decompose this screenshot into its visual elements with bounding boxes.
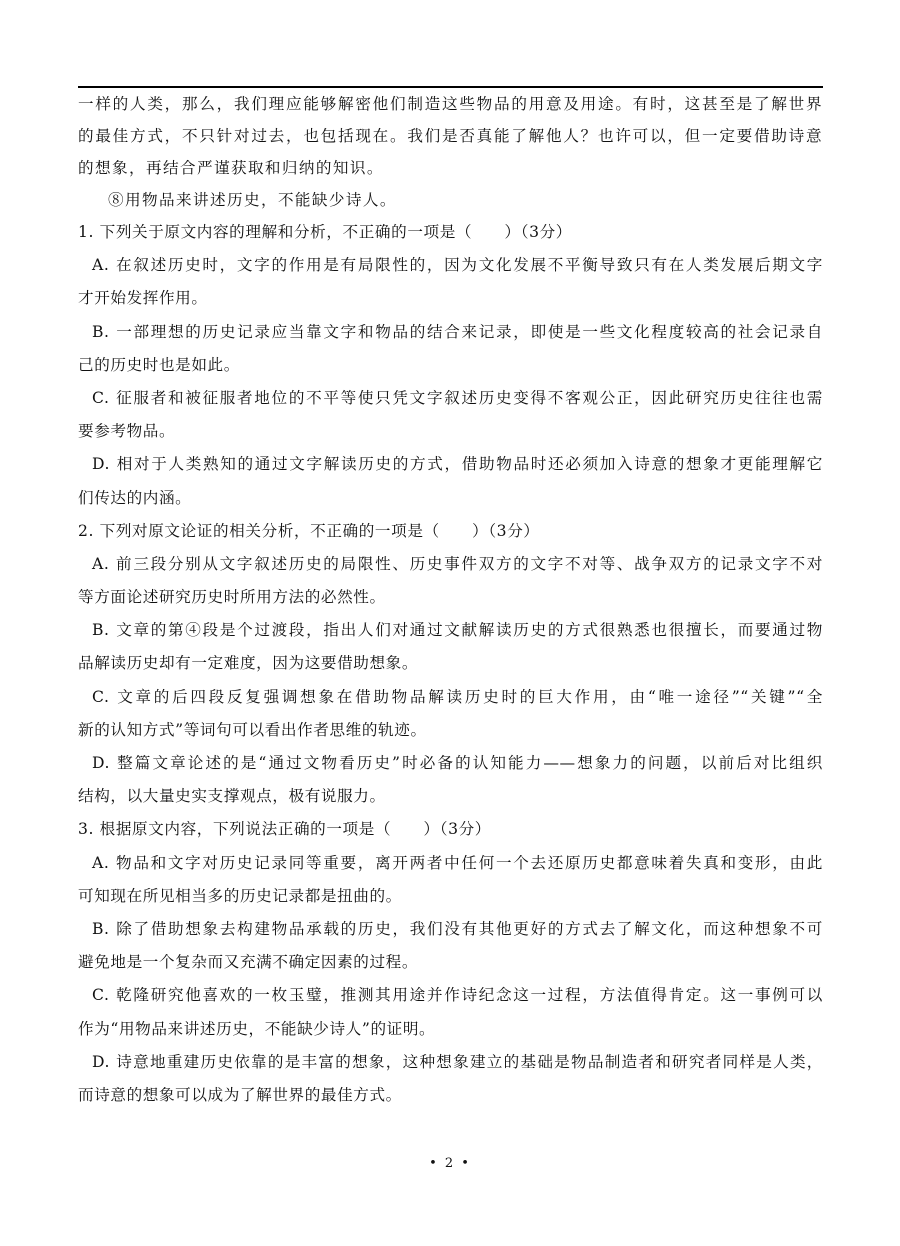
option-a: A. 物品和文字对历史记录同等重要，离开两者中任何一个去还原历史都意味着失真和变… bbox=[78, 847, 823, 880]
question-2: 2. 下列对原文论证的相关分析，不正确的一项是（ ）（3分） A. 前三段分别从… bbox=[78, 515, 823, 814]
option-b: B. 除了借助想象去构建物品承载的历史，我们没有其他更好的方式去了解文化，而这种… bbox=[78, 913, 823, 946]
option-a: A. 前三段分别从文字叙述历史的局限性、历史事件双方的文字不对等、战争双方的记录… bbox=[78, 548, 823, 581]
option-c-cont: 作为“用物品来讲述历史，不能缺少诗人”的证明。 bbox=[78, 1013, 823, 1046]
option-c: C. 文章的后四段反复强调想象在借助物品解读历史时的巨大作用，由“唯一途径”“关… bbox=[78, 681, 823, 714]
option-d: D. 相对于人类熟知的通过文字解读历史的方式，借助物品时还必须加入诗意的想象才更… bbox=[78, 448, 823, 481]
option-a-cont: 可知现在所见相当多的历史记录都是扭曲的。 bbox=[78, 880, 823, 913]
option-d: D. 整篇文章论述的是“通过文物看历史”时必备的认知能力——想象力的问题，以前后… bbox=[78, 747, 823, 780]
option-c: C. 征服者和被征服者地位的不平等使只凭文字叙述历史变得不客观公正，因此研究历史… bbox=[78, 382, 823, 415]
option-d-cont: 结构，以大量史实支撑观点，极有说服力。 bbox=[78, 780, 823, 813]
option-b: B. 一部理想的历史记录应当靠文字和物品的结合来记录，即使是一些文化程度较高的社… bbox=[78, 316, 823, 349]
passage-line: 的最佳方式，不只针对过去，也包括现在。我们是否真能了解他人？也许可以，但一定要借… bbox=[78, 120, 823, 152]
option-b: B. 文章的第④段是个过渡段，指出人们对通过文献解读历史的方式很熟悉也很擅长，而… bbox=[78, 614, 823, 647]
passage-tail: 一样的人类，那么，我们理应能够解密他们制造这些物品的用意及用途。有时，这甚至是了… bbox=[78, 88, 823, 216]
exam-page: 一样的人类，那么，我们理应能够解密他们制造这些物品的用意及用途。有时，这甚至是了… bbox=[78, 88, 823, 1112]
question-stem: 1. 下列关于原文内容的理解和分析，不正确的一项是（ ）（3分） bbox=[78, 216, 823, 249]
question-3: 3. 根据原文内容，下列说法正确的一项是（ ）（3分） A. 物品和文字对历史记… bbox=[78, 813, 823, 1112]
passage-line: 一样的人类，那么，我们理应能够解密他们制造这些物品的用意及用途。有时，这甚至是了… bbox=[78, 88, 823, 120]
option-d-cont: 们传达的内涵。 bbox=[78, 482, 823, 515]
option-b-cont: 己的历史时也是如此。 bbox=[78, 349, 823, 382]
option-b-cont: 避免地是一个复杂而又充满不确定因素的过程。 bbox=[78, 946, 823, 979]
option-a-cont: 才开始发挥作用。 bbox=[78, 282, 823, 315]
passage-line: 的想象，再结合严谨获取和归纳的知识。 bbox=[78, 152, 823, 184]
question-stem: 3. 根据原文内容，下列说法正确的一项是（ ）（3分） bbox=[78, 813, 823, 846]
option-c: C. 乾隆研究他喜欢的一枚玉璧，推测其用途并作诗纪念这一过程，方法值得肯定。这一… bbox=[78, 979, 823, 1012]
page-number: • 2 • bbox=[0, 1156, 900, 1171]
option-d: D. 诗意地重建历史依靠的是丰富的想象，这种想象建立的基础是物品制造者和研究者同… bbox=[78, 1046, 823, 1079]
option-c-cont: 要参考物品。 bbox=[78, 415, 823, 448]
option-b-cont: 品解读历史却有一定难度，因为这要借助想象。 bbox=[78, 647, 823, 680]
option-a: A. 在叙述历史时，文字的作用是有局限性的，因为文化发展不平衡导致只有在人类发展… bbox=[78, 249, 823, 282]
question-1: 1. 下列关于原文内容的理解和分析，不正确的一项是（ ）（3分） A. 在叙述历… bbox=[78, 216, 823, 515]
option-a-cont: 等方面论述研究历史时所用方法的必然性。 bbox=[78, 581, 823, 614]
paragraph-8: ⑧用物品来讲述历史，不能缺少诗人。 bbox=[78, 184, 823, 216]
option-d-cont: 而诗意的想象可以成为了解世界的最佳方式。 bbox=[78, 1079, 823, 1112]
question-stem: 2. 下列对原文论证的相关分析，不正确的一项是（ ）（3分） bbox=[78, 515, 823, 548]
option-c-cont: 新的认知方式”等词句可以看出作者思维的轨迹。 bbox=[78, 714, 823, 747]
